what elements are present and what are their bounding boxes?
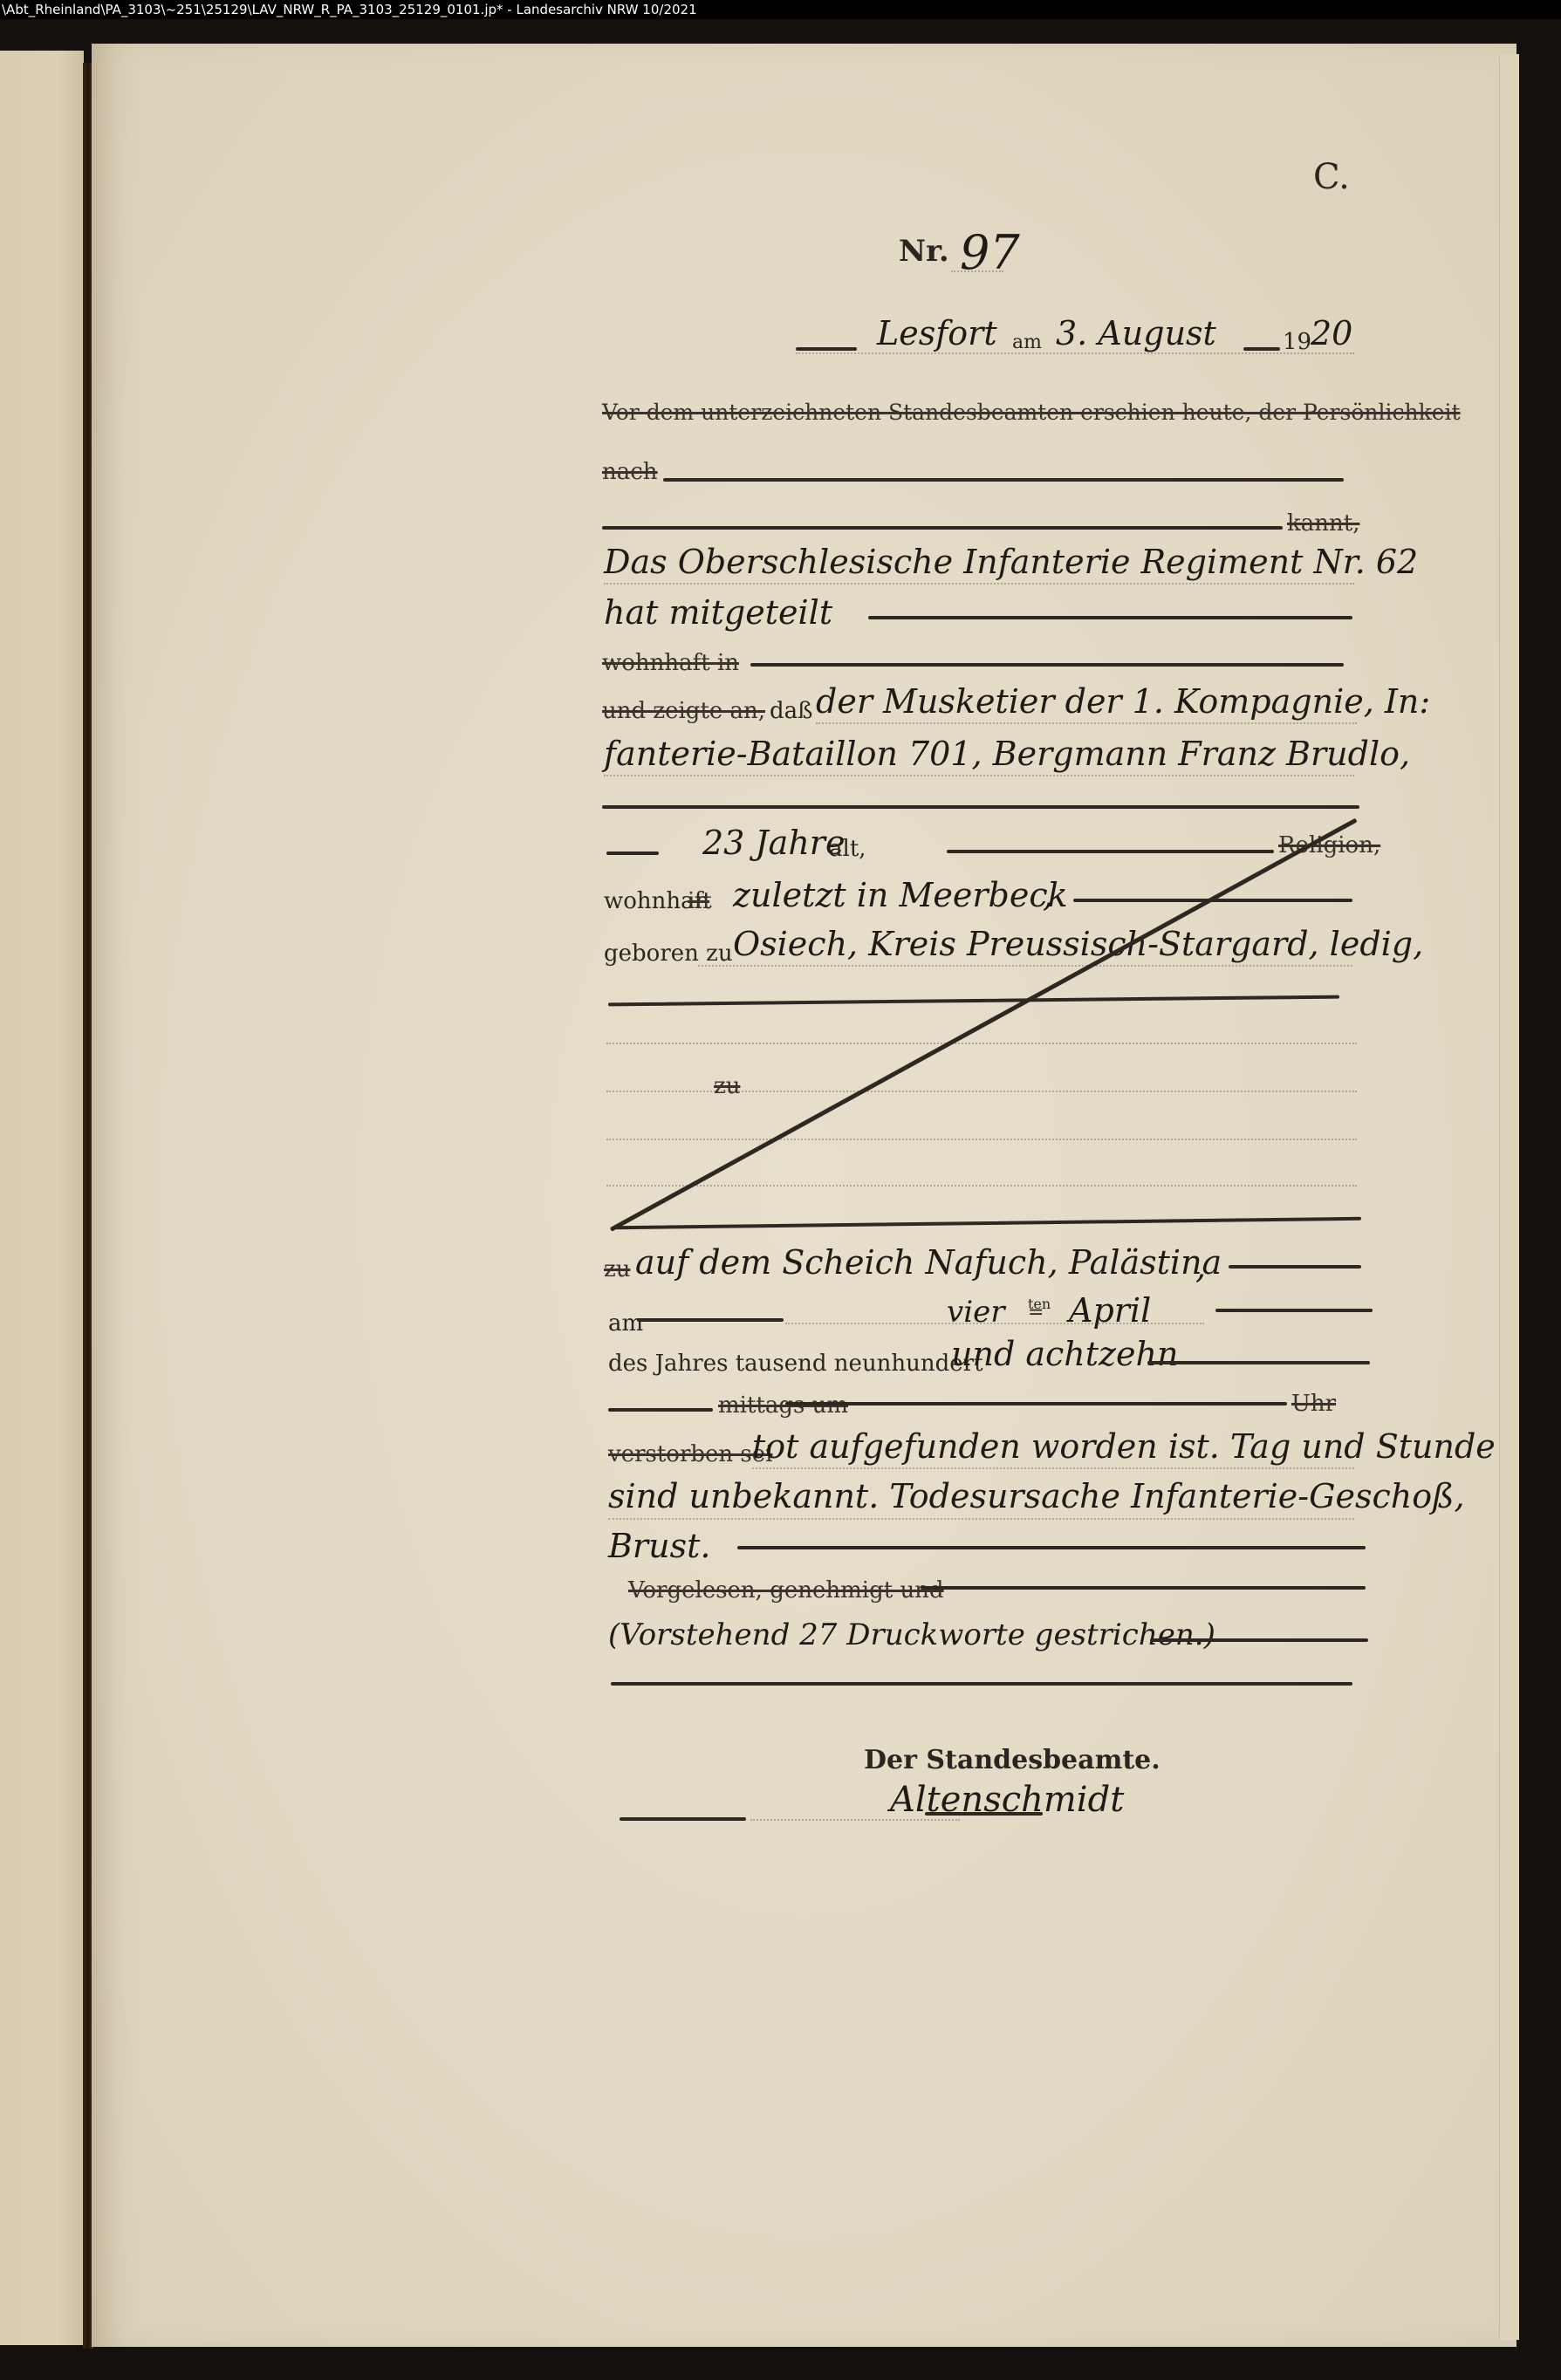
age-label: alt, [829,836,866,862]
struck-zu: zu [714,1073,740,1099]
register-date: 3. August [1056,314,1216,352]
struck-vorgelesen: Vorgelesen, genehmigt und [628,1577,944,1604]
dotted-line [796,352,1354,354]
residence-comma: , [1043,876,1053,914]
filler-rule [637,1318,784,1322]
ten-underline: = [1028,1309,1044,1317]
struck-kannt: kannt, [1287,510,1359,537]
struck-words-note: (Vorstehend 27 Druckworte gestrichen.) [608,1617,1215,1652]
register-page [92,44,1516,2347]
age-value: 23 Jahre [702,824,845,862]
signature-heading: Der Standesbeamte. [864,1745,1160,1775]
number-label: Nr. [899,234,949,269]
filler-rule [1215,1309,1373,1312]
window-title-bar: \Abt_Rheinland\PA_3103\~251\25129\LAV_NR… [0,0,1561,19]
dotted-line [608,1518,1354,1520]
dotted-line [606,1043,1357,1044]
left-page-edge [0,51,84,2345]
birthplace-value: Osiech, Kreis Preussisch-Stargard, ledig… [733,925,1423,963]
dotted-line [604,775,1354,776]
filler-rule [602,526,1283,530]
filler-rule [620,1817,746,1821]
filler-rule [737,1546,1366,1549]
struck-place-zu: zu [604,1256,630,1282]
year-label: des Jahres tausend neunhundert [608,1351,983,1377]
struck-und-zeigte-an: und zeigte an, [602,698,765,724]
struck-mittags-um: mittags um [718,1392,848,1419]
filler-rule [947,850,1274,853]
deceased-line1: der Musketier der 1. Kompagnie, In: [816,682,1430,721]
dotted-line [785,1323,1204,1324]
struck-in: in [688,888,709,914]
year-prefix: 19 [1283,329,1311,355]
informant-line2: hat mitgeteilt [604,593,832,632]
deceased-line2: fanterie-Bataillon 701, Bergmann Franz B… [604,735,1410,773]
dotted-line [604,583,1354,585]
am-label: am [1012,332,1042,353]
struck-nach: nach [602,459,658,485]
filler-rule [750,663,1344,667]
dotted-line [752,1467,1354,1469]
struck-wohnhaft-in: wohnhaft in [602,650,739,676]
filler-rule [921,1586,1366,1590]
place-of-death: auf dem Scheich Nafuch, Palästina [635,1243,1222,1282]
death-day: vier [947,1295,1004,1330]
corner-letter: C. [1313,157,1350,197]
filler-rule [1150,1638,1368,1642]
filler-rule [868,616,1352,619]
death-text-line1: tot aufgefunden worden ist. Tag und Stun… [752,1427,1496,1466]
filler-rule [608,1408,713,1412]
filler-rule [785,1402,1287,1405]
filler-rule [663,478,1344,482]
informant-line1: Das Oberschlesische Infanterie Regiment … [604,543,1418,581]
struck-verstorben-sei: verstorben sei [608,1441,772,1467]
dotted-line [698,965,1352,967]
window-title: \Abt_Rheinland\PA_3103\~251\25129\LAV_NR… [2,2,697,17]
filler-rule [1147,1361,1370,1364]
geboren-label: geboren zu [604,940,733,967]
place-comma: , [1195,1248,1206,1286]
number-dotted-line [951,270,1003,272]
death-text-line2: sind unbekannt. Todesursache Infanterie-… [608,1477,1465,1515]
struck-intro: Vor dem unterzeichneten Standesbeamten e… [602,400,1461,425]
dotted-line [606,1185,1357,1187]
right-page-edge [1499,54,1519,2340]
filler-rule [602,805,1359,809]
filler-rule [611,1682,1352,1686]
filler-rule [606,851,659,855]
dotted-line [816,722,1357,724]
death-year: und achtzehn [951,1335,1179,1373]
filler-rule [1229,1265,1361,1269]
death-text-line3: Brust. [608,1527,710,1565]
year-suffix: 20 [1311,314,1352,352]
filler-rule [925,1812,1043,1816]
dass-label: daß [770,698,813,724]
filler-rule [796,347,857,351]
filler-rule [1243,347,1280,351]
am-label-death: am [608,1310,643,1337]
struck-uhr: Uhr [1291,1391,1336,1417]
residence-value: zuletzt in Meerbeck [733,876,1068,914]
register-place: Lesfort [877,314,997,352]
dotted-line [750,1819,960,1821]
dotted-line [606,1139,1357,1140]
